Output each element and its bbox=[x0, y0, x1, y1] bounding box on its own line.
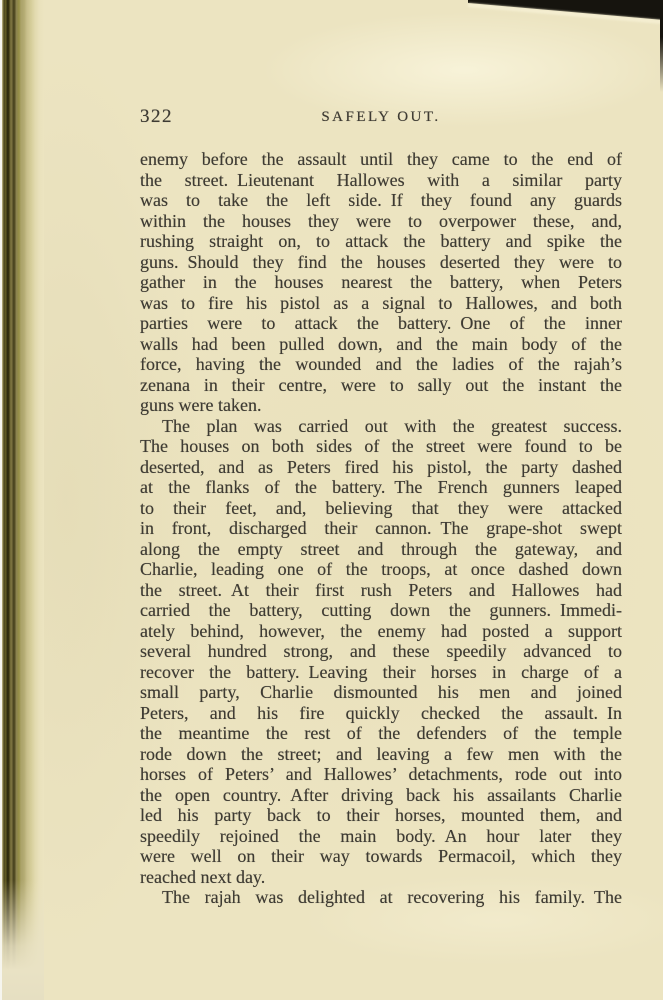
text-line: were well on their way towards Permacoil… bbox=[140, 846, 622, 867]
text-line: deserted, and as Peters fired his pistol… bbox=[140, 457, 622, 478]
text-line: guns were taken. bbox=[140, 395, 622, 416]
text-line: reached next day. bbox=[140, 867, 622, 888]
text-line: guns. Should they find the houses desert… bbox=[140, 252, 622, 273]
text-line: at the flanks of the battery. The French… bbox=[140, 477, 622, 498]
text-line: Charlie, leading one of the troops, at o… bbox=[140, 559, 622, 580]
text-line: the meantime the rest of the defenders o… bbox=[140, 723, 622, 744]
text-line: rode down the street; and leaving a few … bbox=[140, 744, 622, 765]
book-page-scan: 322 SAFELY OUT. enemy before the assault… bbox=[0, 0, 663, 1000]
binding-edge-fade bbox=[0, 880, 44, 1000]
paragraph: The plan was carried out with the greate… bbox=[140, 416, 622, 888]
text-line: Peters, and his fire quickly checked the… bbox=[140, 703, 622, 724]
text-line: led his party back to their horses, moun… bbox=[140, 805, 622, 826]
text-line: in front, discharged their cannon. The g… bbox=[140, 518, 622, 539]
text-line: carried the battery, cutting down the gu… bbox=[140, 600, 622, 621]
text-line: speedily rejoined the main body. An hour… bbox=[140, 826, 622, 847]
text-line: gather in the houses nearest the battery… bbox=[140, 272, 622, 293]
text-line: The plan was carried out with the greate… bbox=[140, 416, 622, 437]
text-line: parties were to attack the battery. One … bbox=[140, 313, 622, 334]
text-line: was to fire his pistol as a signal to Ha… bbox=[140, 293, 622, 314]
text-line: The rajah was delighted at recovering hi… bbox=[140, 887, 622, 908]
page-number: 322 bbox=[140, 106, 173, 128]
text-line: horses of Peters’ and Hallowes’ detachme… bbox=[140, 764, 622, 785]
text-line: zenana in their centre, were to sally ou… bbox=[140, 375, 622, 396]
text-block: enemy before the assault until they came… bbox=[140, 149, 622, 908]
text-line: small party, Charlie dismounted his men … bbox=[140, 682, 622, 703]
text-line: the open country. After driving back his… bbox=[140, 785, 622, 806]
paragraph: The rajah was delighted at recovering hi… bbox=[140, 887, 622, 908]
text-line: walls had been pulled down, and the main… bbox=[140, 334, 622, 355]
text-line: within the houses they were to overpower… bbox=[140, 211, 622, 232]
running-head-title: SAFELY OUT. bbox=[140, 106, 622, 126]
text-line: ately behind, however, the enemy had pos… bbox=[140, 621, 622, 642]
text-line: the street. At their first rush Peters a… bbox=[140, 580, 622, 601]
binding-edge bbox=[0, 0, 44, 1000]
running-header: 322 SAFELY OUT. bbox=[140, 106, 622, 130]
text-line: force, having the wounded and the ladies… bbox=[140, 354, 622, 375]
text-line: the street. Lieutenant Hallowes with a s… bbox=[140, 170, 622, 191]
text-line: recover the battery. Leaving their horse… bbox=[140, 662, 622, 683]
text-line: The houses on both sides of the street w… bbox=[140, 436, 622, 457]
text-line: enemy before the assault until they came… bbox=[140, 149, 622, 170]
scan-border-left bbox=[0, 0, 2, 1000]
text-line: was to take the left side. If they found… bbox=[140, 190, 622, 211]
text-line: rushing straight on, to attack the batte… bbox=[140, 231, 622, 252]
text-line: along the empty street and through the g… bbox=[140, 539, 622, 560]
text-line: to their feet, and, believing that they … bbox=[140, 498, 622, 519]
paragraph: enemy before the assault until they came… bbox=[140, 149, 622, 416]
text-line: several hundred strong, and these speedi… bbox=[140, 641, 622, 662]
